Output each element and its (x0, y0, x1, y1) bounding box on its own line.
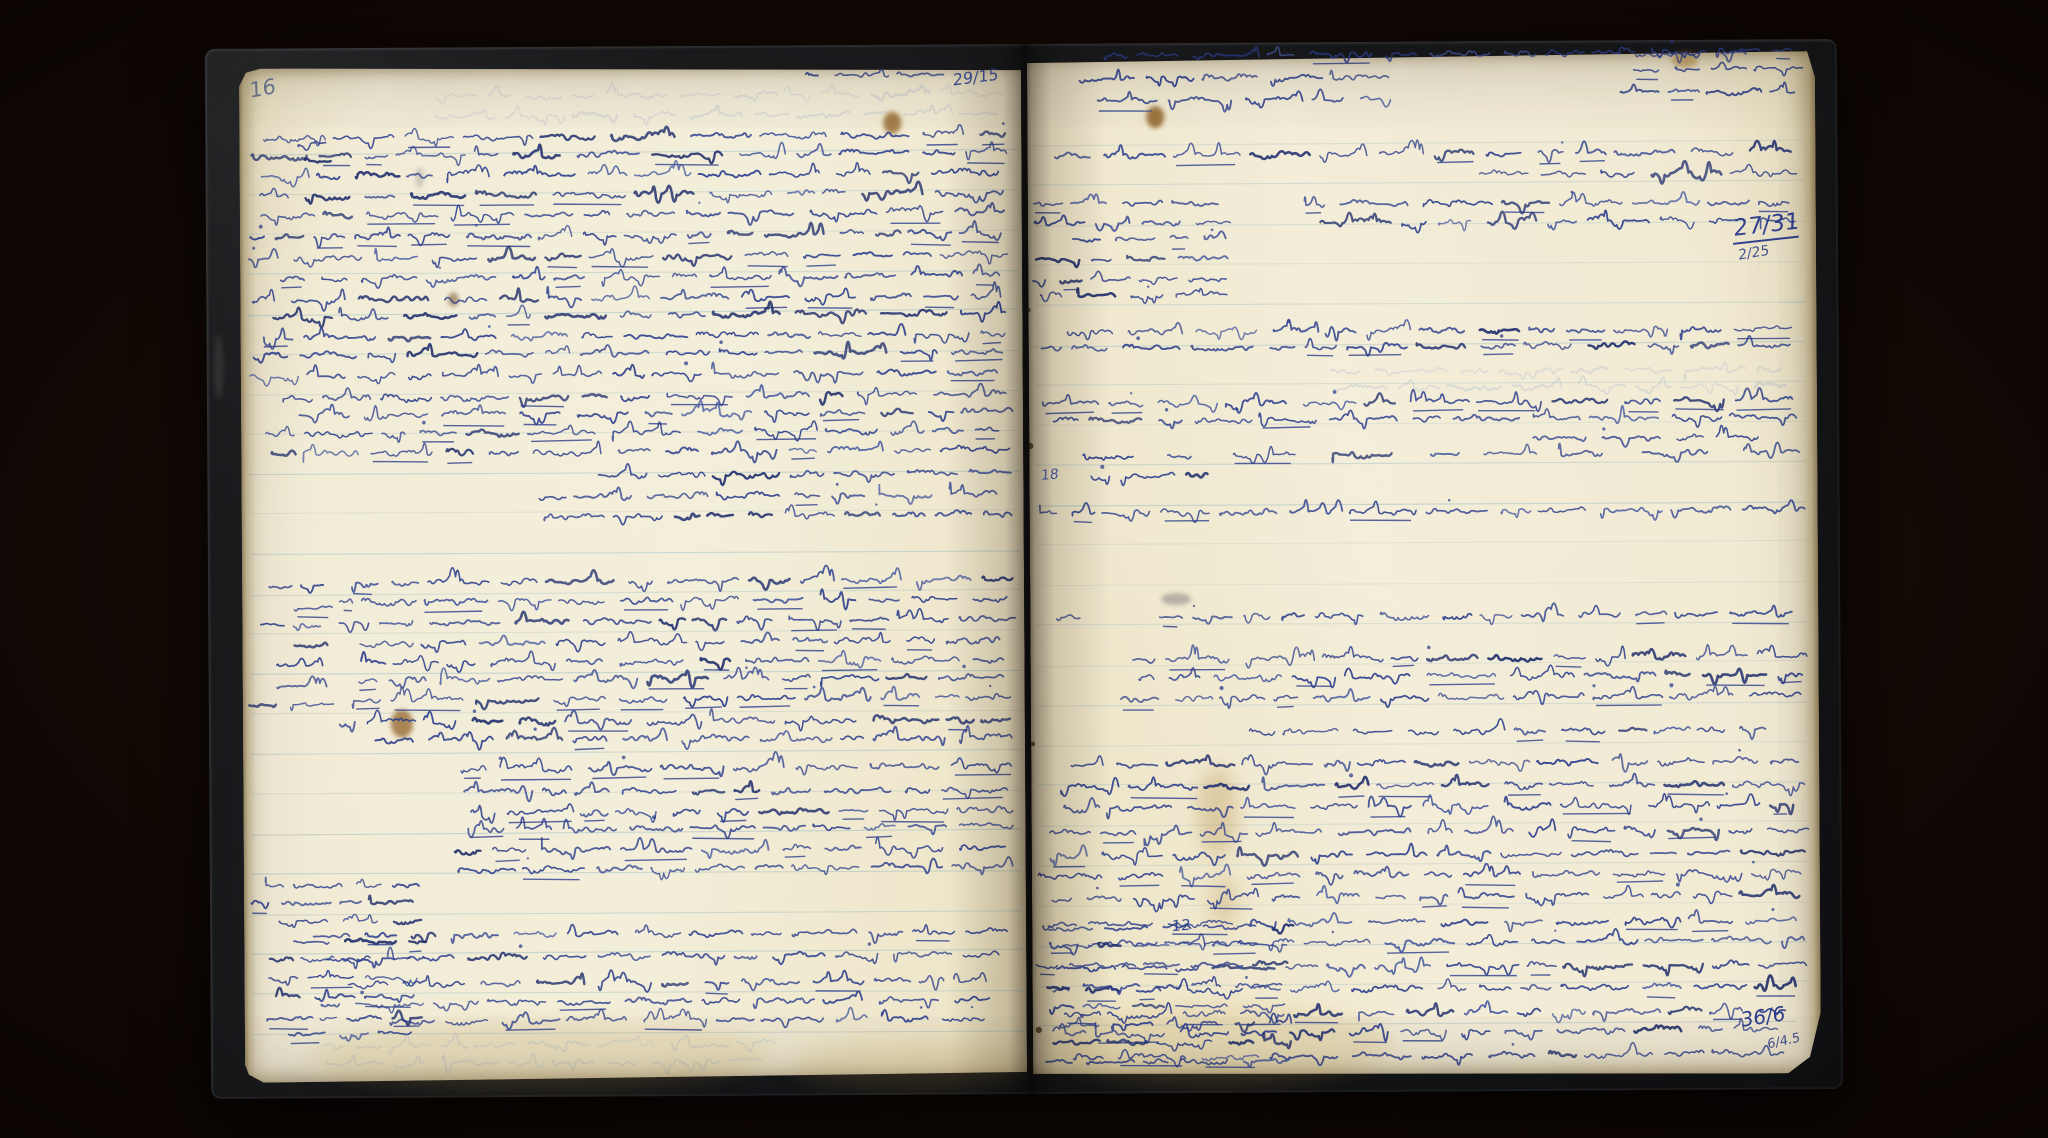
notebook-spread: 1629/1527/312/25181236/66/4.5 (205, 39, 1843, 1099)
page-left-outer-edge (239, 69, 254, 1083)
page-left (239, 64, 1027, 1083)
photo-background: 1629/1527/312/25181236/66/4.5 (0, 0, 2048, 1138)
page-right-outer-edge (1803, 51, 1821, 1073)
page-right (1027, 51, 1821, 1078)
